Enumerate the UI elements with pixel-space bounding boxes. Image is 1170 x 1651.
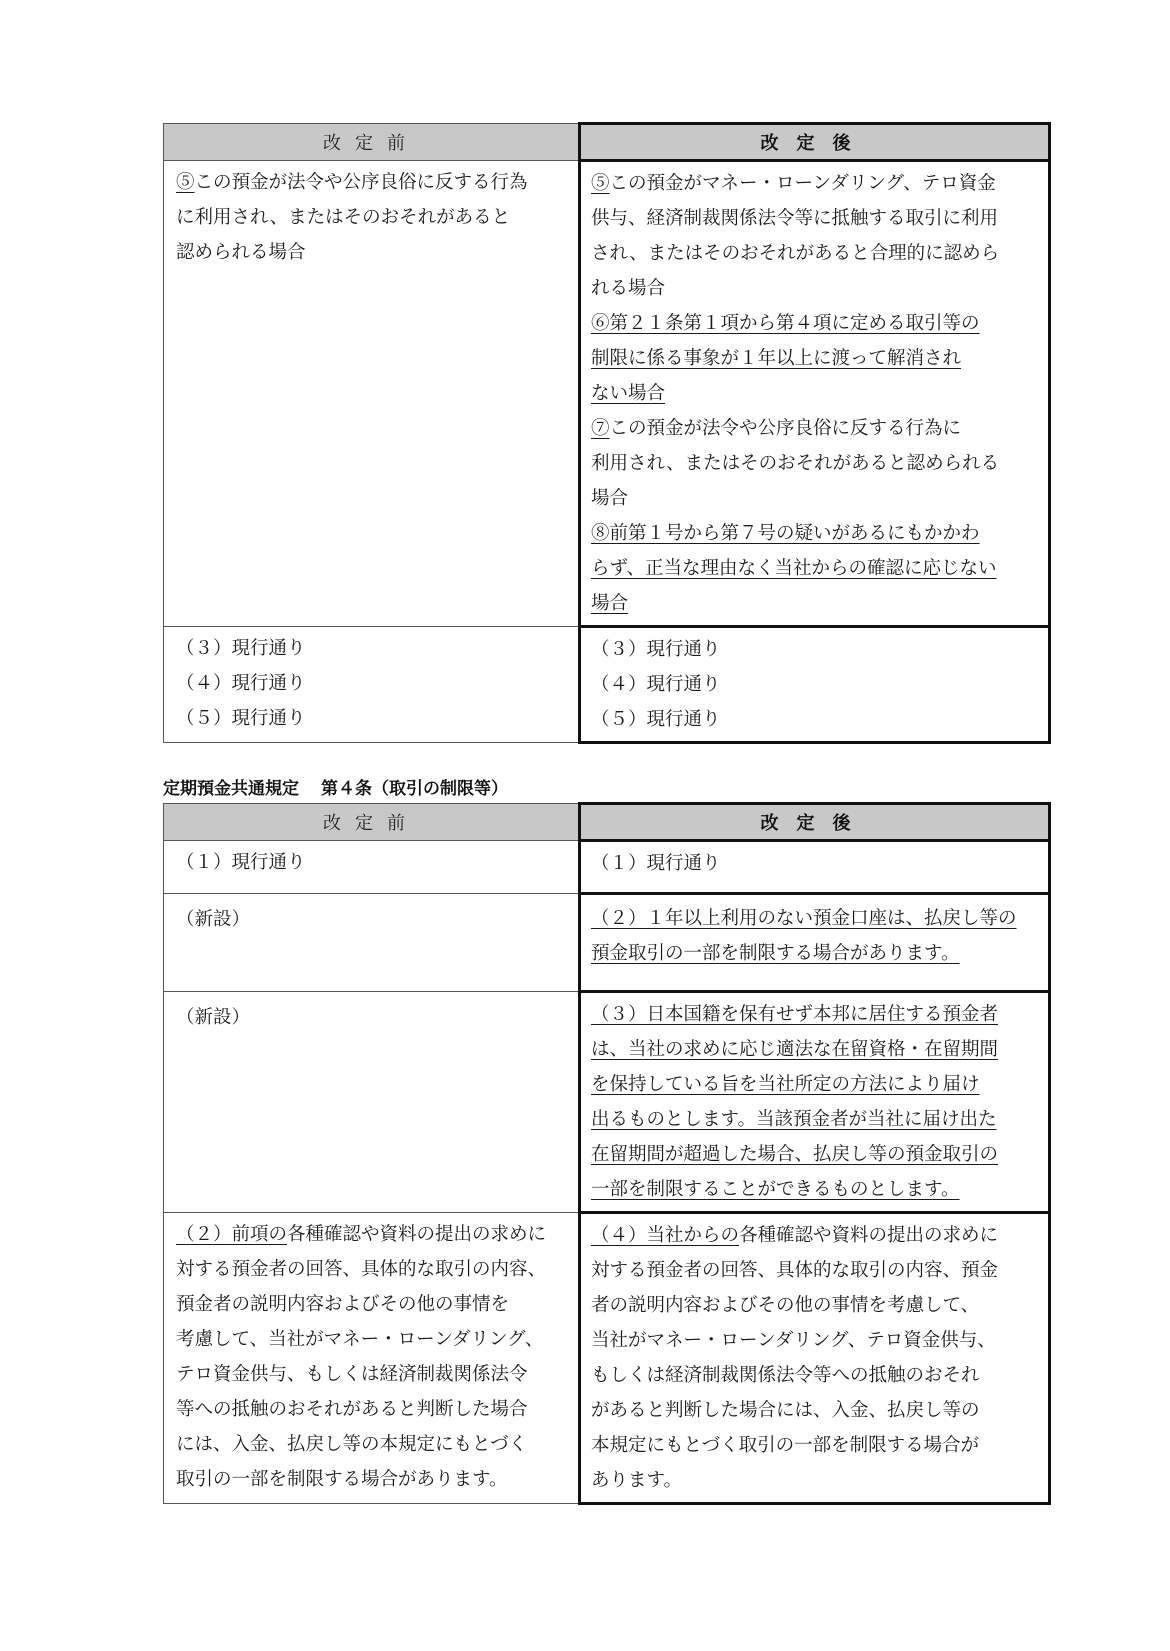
body-text: 場合 [591,488,628,509]
text-line: ない場合 [591,376,1040,411]
text-line: （５）現行通り [591,702,1040,737]
body-text: （４）現行通り [591,674,721,695]
body-text: あります。 [591,1470,682,1491]
section-title-regulation: 定期預金共通規定 [163,779,299,799]
text-line: （３）現行通り [176,631,570,666]
header-after: 改定後 [580,804,1050,841]
text-line: 預金取引の一部を制限する場合があります。 [591,936,1040,971]
body-text: 認められる場合 [176,242,306,263]
body-text: この預金が法令や公序良俗に反する行為に [610,418,962,439]
text-line: 場合 [591,586,1040,621]
body-text: に利用され、またはそのおそれがあると [176,207,510,228]
body-text: 預金者の説明内容およびその他の事情を [176,1294,509,1315]
body-text: （３）現行通り [176,638,306,659]
changed-text: （３）日本国籍を保有せず本邦に居住する預金者 [591,1004,998,1025]
text-line: 等への抵触のおそれがあると判断した場合 [176,1392,570,1427]
body-text: 対する預金者の回答、具体的な取引の内容、預金 [591,1260,998,1281]
body-text: 各種確認や資料の提出の求めに [287,1224,546,1245]
text-line: （１）現行通り [591,846,1040,881]
text-line: ⑤この預金がマネー・ローンダリング、テロ資金 [591,166,1040,201]
body-text: され、またはそのおそれがあると合理的に認めら [591,243,999,264]
body-text: には、入金、払戻し等の本規定にもとづく [176,1434,527,1455]
changed-text: 出るものとします。当該預金者が当社に届け出た [591,1109,997,1130]
text-line: 場合 [591,481,1040,516]
text-line: 対する預金者の回答、具体的な取引の内容、 [176,1252,570,1287]
text-line: され、またはそのおそれがあると合理的に認めら [591,236,1040,271]
body-text: （１）現行通り [176,852,306,873]
item-number: ⑦ [591,418,610,439]
text-line: 一部を制限することができるものとします。 [591,1172,1040,1207]
text-line: 在留期間が超過した場合、払戻し等の預金取引の [591,1137,1040,1172]
text-line: 考慮して、当社がマネー・ローンダリング、 [176,1322,570,1357]
body-text: （５）現行通り [591,709,721,730]
text-line: （５）現行通り [176,701,570,736]
text-line: 本規定にもとづく取引の一部を制限する場合が [591,1428,1040,1463]
body-text: 者の説明内容およびその他の事情を考慮して、 [591,1295,979,1316]
table-row: （３）現行通り（４）現行通り（５）現行通り （３）現行通り（４）現行通り（５）現… [164,627,1050,743]
table-row: （新設） （３）日本国籍を保有せず本邦に居住する預金者は、当社の求めに応じ適法な… [164,992,1050,1213]
changed-text: （４）当社からの [591,1225,739,1246]
text-line: （４）当社からの各種確認や資料の提出の求めに [591,1218,1040,1253]
body-text: れる場合 [591,278,665,299]
body-text: （５）現行通り [176,708,306,729]
cell-after: （４）当社からの各種確認や資料の提出の求めに対する預金者の回答、具体的な取引の内… [580,1213,1050,1504]
text-line: （２）前項の各種確認や資料の提出の求めに [176,1217,570,1252]
text-line: らず、正当な理由なく当社からの確認に応じない [591,551,1040,586]
changed-text: 預金取引の一部を制限する場合があります。 [591,943,960,964]
header-after: 改定後 [580,124,1050,161]
cell-before: （新設） [164,992,580,1213]
body-text: 対する預金者の回答、具体的な取引の内容、 [176,1259,546,1280]
text-line: に利用され、またはそのおそれがあると [176,200,570,235]
text-line: 利用され、またはそのおそれがあると認められる [591,446,1040,481]
text-line: は、当社の求めに応じ適法な在留資格・在留期間 [591,1032,1040,1067]
text-line: （新設） [176,1000,570,1035]
body-text: （４）現行通り [176,673,306,694]
header-before: 改定前 [164,804,580,841]
section-title-article: 第４条（取引の制限等） [321,779,508,799]
body-text: 当社がマネー・ローンダリング、テロ資金供与、 [591,1330,996,1351]
text-line: 認められる場合 [176,235,570,270]
cell-before: ⑤この預金が法令や公序良俗に反する行為に利用され、またはそのおそれがあると認めら… [164,161,580,627]
text-line: 預金者の説明内容およびその他の事情を [176,1287,570,1322]
body-text: （新設） [176,1007,250,1028]
cell-after: （３）日本国籍を保有せず本邦に居住する預金者は、当社の求めに応じ適法な在留資格・… [580,992,1050,1213]
text-line: もしくは経済制裁関係法令等への抵触のおそれ [591,1358,1040,1393]
body-text: テロ資金供与、もしくは経済制裁関係法令 [176,1364,528,1385]
body-text: この預金がマネー・ローンダリング、テロ資金 [610,173,996,194]
changed-text: （２）１年以上利用のない預金口座は、払戻し等の [591,908,1017,929]
text-line: 制限に係る事象が１年以上に渡って解消され [591,341,1040,376]
body-text: （３）現行通り [591,639,721,660]
text-line: ⑧前第１号から第７号の疑いがあるにもかかわ [591,516,1040,551]
changed-text: 一部を制限することができるものとします。 [591,1179,960,1200]
table-row: （１）現行通り （１）現行通り [164,841,1050,894]
changed-text: 在留期間が超過した場合、払戻し等の預金取引の [591,1144,998,1165]
text-line: （１）現行通り [176,845,570,880]
text-line: ⑦この預金が法令や公序良俗に反する行為に [591,411,1040,446]
body-text: （新設） [176,909,250,930]
text-line: 供与、経済制裁関係法令等に抵触する取引に利用 [591,201,1040,236]
comparison-table-1: 改定前 改定後 ⑤この預金が法令や公序良俗に反する行為に利用され、またはそのおそ… [163,122,1051,744]
text-line: （３）現行通り [591,632,1040,667]
text-line: 出るものとします。当該預金者が当社に届け出た [591,1102,1040,1137]
text-line: テロ資金供与、もしくは経済制裁関係法令 [176,1357,570,1392]
text-line: を保持している旨を当社所定の方法により届け [591,1067,1040,1102]
text-line: れる場合 [591,271,1040,306]
text-line: には、入金、払戻し等の本規定にもとづく [176,1427,570,1462]
text-line: （２）１年以上利用のない預金口座は、払戻し等の [591,901,1040,936]
text-line: ⑤この預金が法令や公序良俗に反する行為 [176,165,570,200]
body-text: 取引の一部を制限する場合があります。 [176,1469,508,1490]
text-line: （新設） [176,902,570,937]
changed-text: ⑥第２１条第１項から第４項に定める取引等の [591,313,980,334]
cell-before: （１）現行通り [164,841,580,894]
body-text: 供与、経済制裁関係法令等に抵触する取引に利用 [591,208,998,229]
text-line: あります。 [591,1463,1040,1498]
item-number: ⑤ [591,173,610,194]
cell-after: （３）現行通り（４）現行通り（５）現行通り [580,627,1050,743]
body-text: （１）現行通り [591,853,721,874]
changed-text: （２）前項の [176,1224,287,1245]
text-line: 当社がマネー・ローンダリング、テロ資金供与、 [591,1323,1040,1358]
item-number: ⑤ [176,172,195,193]
changed-text: ⑧前第１号から第７号の疑いがあるにもかかわ [591,523,980,544]
table-header-row: 改定前 改定後 [164,804,1050,841]
table-header-row: 改定前 改定後 [164,124,1050,161]
changed-text: は、当社の求めに応じ適法な在留資格・在留期間 [591,1039,998,1060]
body-text: 利用され、またはそのおそれがあると認められる [591,453,999,474]
table-row: （新設） （２）１年以上利用のない預金口座は、払戻し等の預金取引の一部を制限する… [164,894,1050,992]
body-text: があると判断した場合には、入金、払戻し等の [591,1400,980,1421]
text-line: （４）現行通り [591,667,1040,702]
cell-after: ⑤この預金がマネー・ローンダリング、テロ資金供与、経済制裁関係法令等に抵触する取… [580,161,1050,627]
text-line: 取引の一部を制限する場合があります。 [176,1462,570,1497]
text-line: 者の説明内容およびその他の事情を考慮して、 [591,1288,1040,1323]
cell-after: （１）現行通り [580,841,1050,894]
table-row: （２）前項の各種確認や資料の提出の求めに対する預金者の回答、具体的な取引の内容、… [164,1213,1050,1504]
changed-text: 制限に係る事象が１年以上に渡って解消され [591,348,961,369]
changed-text: 場合 [591,593,628,614]
cell-before: （２）前項の各種確認や資料の提出の求めに対する預金者の回答、具体的な取引の内容、… [164,1213,580,1504]
body-text: この預金が法令や公序良俗に反する行為 [195,172,528,193]
body-text: 等への抵触のおそれがあると判断した場合 [176,1399,528,1420]
changed-text: ない場合 [591,383,665,404]
changed-text: を保持している旨を当社所定の方法により届け [591,1074,980,1095]
section-title: 定期預金共通規定第４条（取引の制限等） [163,774,508,799]
text-line: 対する預金者の回答、具体的な取引の内容、預金 [591,1253,1040,1288]
changed-text: らず、正当な理由なく当社からの確認に応じない [591,558,997,579]
text-line: （３）日本国籍を保有せず本邦に居住する預金者 [591,997,1040,1032]
table-row: ⑤この預金が法令や公序良俗に反する行為に利用され、またはそのおそれがあると認めら… [164,161,1050,627]
text-line: （４）現行通り [176,666,570,701]
cell-before: （３）現行通り（４）現行通り（５）現行通り [164,627,580,743]
header-before: 改定前 [164,124,580,161]
text-line: ⑥第２１条第１項から第４項に定める取引等の [591,306,1040,341]
comparison-table-2: 改定前 改定後 （１）現行通り （１）現行通り （新設） （２）１年以上利用のな… [163,802,1051,1505]
body-text: もしくは経済制裁関係法令等への抵触のおそれ [591,1365,980,1386]
cell-after: （２）１年以上利用のない預金口座は、払戻し等の預金取引の一部を制限する場合があり… [580,894,1050,992]
cell-before: （新設） [164,894,580,992]
body-text: 考慮して、当社がマネー・ローンダリング、 [176,1329,543,1350]
text-line: があると判断した場合には、入金、払戻し等の [591,1393,1040,1428]
body-text: 本規定にもとづく取引の一部を制限する場合が [591,1435,979,1456]
body-text: 各種確認や資料の提出の求めに [739,1225,998,1246]
